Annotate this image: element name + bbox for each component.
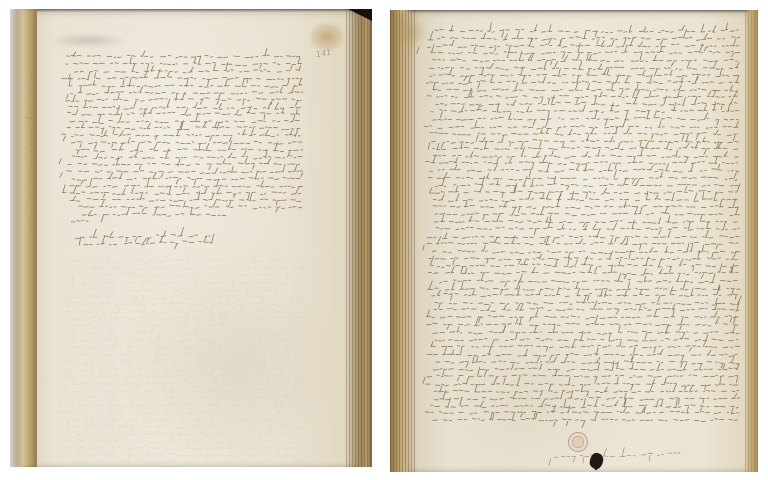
right-page-photo [390,10,758,472]
left-page-photo: 141 [10,9,372,467]
manuscript-spread-photo: 141 [0,0,768,480]
library-stamp [568,432,588,452]
handwritten-text-left [10,9,372,467]
fore-edge [745,10,758,472]
page-edges-stack [346,9,372,467]
handwritten-text-right [390,10,758,472]
